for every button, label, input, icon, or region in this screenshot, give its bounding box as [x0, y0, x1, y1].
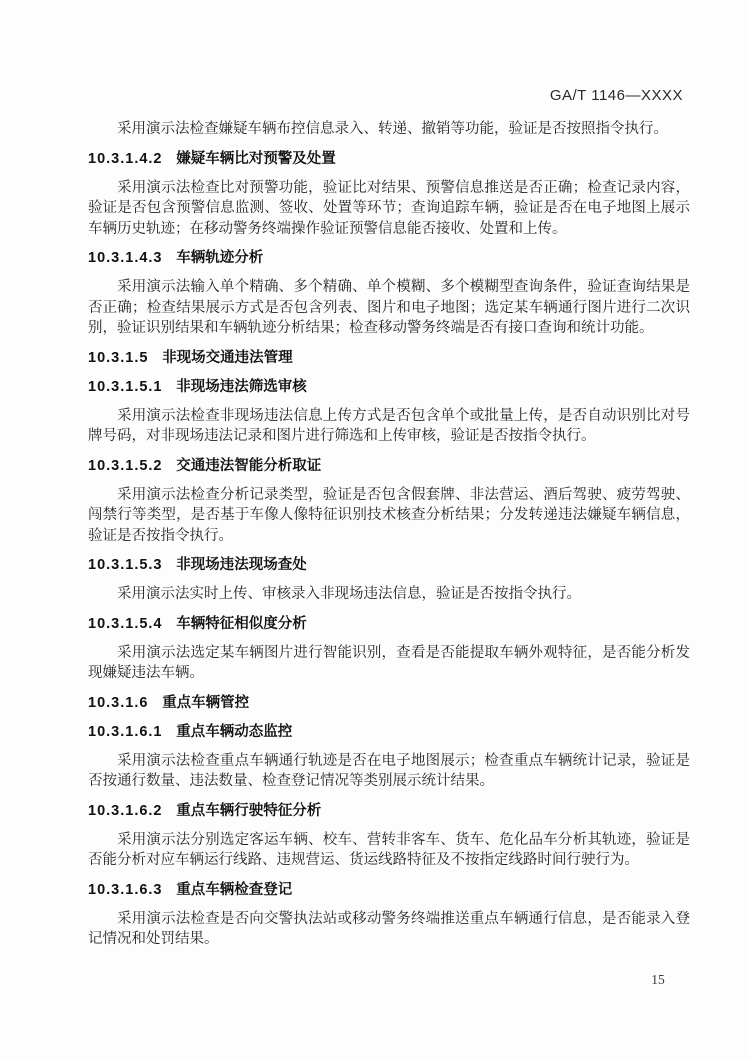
heading-title: 车辆特征相似度分析	[176, 616, 307, 632]
document-page: GA/T 1146—XXXX 采用演示法检查嫌疑车辆布控信息录入、转递、撤销等功…	[0, 0, 750, 1060]
body-paragraph: 采用演示法检查非现场违法信息上传方式是否包含单个或批量上传，是否自动识别比对号牌…	[88, 406, 690, 447]
section-heading: 10.3.1.6重点车辆管控	[88, 693, 690, 713]
heading-title: 嫌疑车辆比对预警及处置	[176, 151, 336, 167]
section-heading: 10.3.1.5.3非现场违法现场查处	[88, 555, 690, 575]
body-paragraph: 采用演示法输入单个精确、多个精确、单个模糊、多个模糊型查询条件，验证查询结果是否…	[88, 277, 690, 339]
heading-number: 10.3.1.4.3	[88, 248, 163, 268]
section-heading: 10.3.1.5.4车辆特征相似度分析	[88, 614, 690, 634]
heading-title: 重点车辆行驶特征分析	[176, 803, 321, 819]
body-paragraph: 采用演示法检查分析记录类型，验证是否包含假套牌、非法营运、酒后驾驶、疲劳驾驶、闯…	[88, 485, 690, 547]
section-heading: 10.3.1.4.2嫌疑车辆比对预警及处置	[88, 149, 690, 169]
body-paragraph: 采用演示法检查重点车辆通行轨迹是否在电子地图展示；检查重点车辆统计记录，验证是否…	[88, 751, 690, 792]
body-paragraph: 采用演示法检查嫌疑车辆布控信息录入、转递、撤销等功能，验证是否按照指令执行。	[88, 119, 690, 140]
heading-title: 非现场违法现场查处	[176, 557, 307, 573]
heading-number: 10.3.1.6.3	[88, 880, 163, 900]
heading-number: 10.3.1.6.2	[88, 801, 163, 821]
body-paragraph: 采用演示法检查是否向交警执法站或移动警务终端推送重点车辆通行信息，是否能录入登记…	[88, 909, 690, 950]
section-heading: 10.3.1.5非现场交通违法管理	[88, 348, 690, 368]
heading-title: 非现场违法筛选审核	[176, 379, 307, 395]
heading-title: 重点车辆检查登记	[176, 882, 292, 898]
page-number: 15	[645, 972, 671, 988]
heading-number: 10.3.1.5.2	[88, 456, 163, 476]
standard-code-header: GA/T 1146—XXXX	[550, 87, 683, 104]
heading-number: 10.3.1.5.3	[88, 555, 163, 575]
heading-number: 10.3.1.4.2	[88, 149, 163, 169]
heading-title: 重点车辆管控	[162, 695, 249, 711]
heading-number: 10.3.1.5	[88, 348, 148, 368]
heading-number: 10.3.1.5.1	[88, 377, 163, 397]
heading-title: 车辆轨迹分析	[176, 250, 263, 266]
heading-title: 重点车辆动态监控	[176, 724, 292, 740]
body-paragraph: 采用演示法实时上传、审核录入非现场违法信息，验证是否按指令执行。	[88, 584, 690, 605]
section-heading: 10.3.1.6.1重点车辆动态监控	[88, 722, 690, 742]
heading-title: 交通违法智能分析取证	[176, 458, 321, 474]
section-heading: 10.3.1.6.3重点车辆检查登记	[88, 880, 690, 900]
section-heading: 10.3.1.5.1非现场违法筛选审核	[88, 377, 690, 397]
document-body: 采用演示法检查嫌疑车辆布控信息录入、转递、撤销等功能，验证是否按照指令执行。 1…	[88, 119, 690, 950]
section-heading: 10.3.1.5.2交通违法智能分析取证	[88, 456, 690, 476]
section-heading: 10.3.1.4.3车辆轨迹分析	[88, 248, 690, 268]
heading-number: 10.3.1.6.1	[88, 722, 163, 742]
body-paragraph: 采用演示法检查比对预警功能，验证比对结果、预警信息推送是否正确；检查记录内容，验…	[88, 178, 690, 240]
body-paragraph: 采用演示法分别选定客运车辆、校车、营转非客车、货车、危化品车分析其轨迹，验证是否…	[88, 830, 690, 871]
heading-number: 10.3.1.6	[88, 693, 148, 713]
heading-title: 非现场交通违法管理	[162, 350, 293, 366]
section-heading: 10.3.1.6.2重点车辆行驶特征分析	[88, 801, 690, 821]
body-paragraph: 采用演示法选定某车辆图片进行智能识别，查看是否能提取车辆外观特征，是否能分析发现…	[88, 643, 690, 684]
heading-number: 10.3.1.5.4	[88, 614, 163, 634]
